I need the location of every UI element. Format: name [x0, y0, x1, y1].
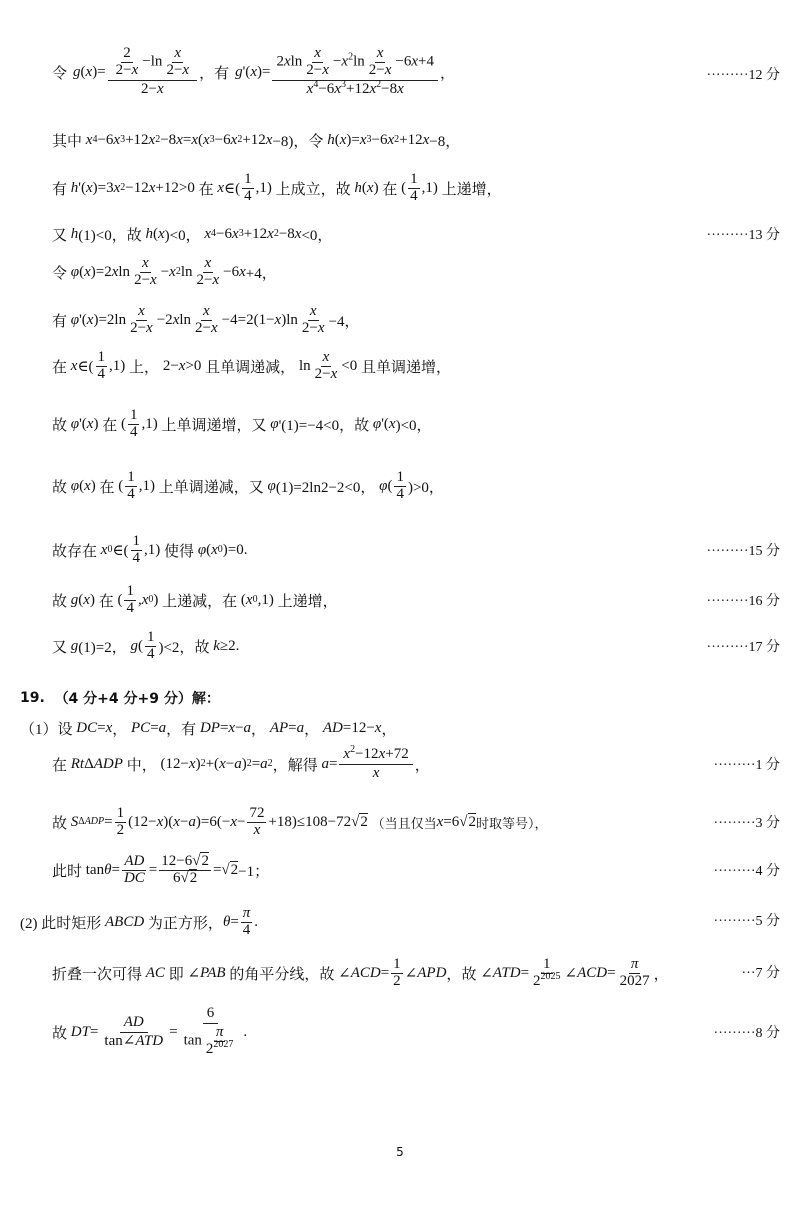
text-jpfx: 的角平分线，	[229, 963, 319, 984]
text-you2: 又	[251, 414, 266, 435]
text-zai: 在	[99, 590, 114, 611]
text-zai: 在	[382, 178, 397, 199]
text-gu: 故	[52, 476, 67, 497]
text-shang-ddz: 上单调递增，	[161, 414, 251, 435]
text-shang: 上，	[129, 356, 159, 377]
text-gu: 故	[354, 414, 369, 435]
solution-line-6: 有 φ'(x)=2lnx2−x−2xlnx2−x−4=2(1−x)lnx2−x−…	[0, 300, 800, 340]
text-zai: 在	[222, 590, 237, 611]
score-15: ·········15 分	[707, 540, 780, 560]
score-16: ·········16 分	[707, 590, 780, 610]
text-gu: 故	[52, 1022, 67, 1043]
solution-line-15: 在 RtΔADP 中， (12−x)2+(x−a)2=a2，解得 a=x2−12…	[0, 742, 800, 786]
text-shang-chengli: 上成立，	[276, 178, 336, 199]
text-zai: 在	[52, 356, 67, 377]
question-score-breakdown: （4 分+4 分+9 分）解：	[55, 688, 220, 708]
solution-line-2: 其中 x4−6x3+12x2−8x=x(x3−6x2+12x−8)，令 h(x)…	[0, 128, 800, 152]
text-gu: 故	[461, 963, 476, 984]
text-qie-dj: 且单调递减，	[205, 356, 295, 377]
text-ling: 令	[52, 262, 67, 283]
solution-line-1: 令 g(x)= 22−x−lnx2−x 2−x ，有 g'(x)= 2xlnx2…	[0, 44, 800, 100]
g-fraction: 22−x−lnx2−x 2−x	[108, 45, 197, 98]
text-gu: 故	[336, 178, 351, 199]
text-zai: 在	[52, 754, 67, 775]
text-shang-dizeng: 上递增，	[278, 590, 338, 611]
solution-line-14: （1）设 DC=x， PC=a，有 DP=x−a， AP=a， AD=12−x，	[0, 716, 800, 740]
text-zai: 在	[102, 414, 117, 435]
solution-line-3: 有 h'(x)=3x2−12x+12>0 在 x∈(14,1) 上成立，故 h(…	[0, 168, 800, 208]
text-ling: 令	[308, 130, 323, 151]
score-13: ·········13 分	[707, 224, 780, 244]
text-shide: 使得	[164, 540, 194, 561]
text-gu: 故	[194, 636, 209, 657]
text-part2: (2) 此时矩形	[20, 912, 101, 933]
text-cishi: 此时	[52, 860, 82, 881]
score-1: ·········1 分	[714, 754, 780, 774]
text-shang-ddj: 上单调递减，	[159, 476, 249, 497]
text-you: 有	[214, 62, 229, 83]
text-jiede: 解得	[288, 754, 318, 775]
solution-line-9: 故 φ(x) 在 (14,1) 上单调递减，又 φ(1)=2ln2−2<0， φ…	[0, 466, 800, 506]
score-5: ·········5 分	[714, 910, 780, 930]
text-gu: 故	[127, 224, 142, 245]
text-shang-dizeng: 上递增，	[442, 178, 502, 199]
text-zai: 在	[199, 178, 214, 199]
text-you: 有	[52, 310, 67, 331]
solution-line-12: 又 g(1)=2， g(14)<2，故 k≥2. ·········17 分	[0, 626, 800, 666]
text-gucunzai: 故存在	[52, 540, 97, 561]
solution-line-4: 又 h(1)<0，故 h(x)<0， x4−6x3+12x2−8x<0， ···…	[0, 222, 800, 246]
text-gu: 故	[52, 812, 67, 833]
solution-line-17: 此时 tanθ=ADDC=12−6√26√2=√2−1； ·········4 …	[0, 848, 800, 892]
page-number: 5	[0, 1145, 800, 1159]
solution-line-16: 故 SΔADP=12(12−x)(x−a)=6(−x−72x+18)≤108−7…	[0, 800, 800, 844]
solution-line-5: 令 φ(x)=2xlnx2−x−x2lnx2−x−6x+4，	[0, 252, 800, 292]
text-wei-zfx: 为正方形，	[148, 912, 223, 933]
question-19-header: 19. （4 分+4 分+9 分）解：	[0, 686, 800, 710]
text-gu: 故	[52, 590, 67, 611]
solution-line-10: 故存在 x0∈(14,1) 使得 φ(x0)=0. ·········15 分	[0, 530, 800, 570]
score-3: ·········3 分	[714, 812, 780, 832]
text-you: 有	[52, 178, 67, 199]
text-you2: 又	[249, 476, 264, 497]
solution-line-7: 在 x∈(14,1) 上， 2−x>0 且单调递减， lnx2−x<0 且单调递…	[0, 346, 800, 386]
text-shang-dijian: 上递减，	[162, 590, 222, 611]
text-shiqu: 时取等号），	[476, 813, 548, 832]
text-ji: 即	[169, 963, 184, 984]
score-17: ·········17 分	[707, 636, 780, 656]
score-7: ···7 分	[742, 962, 781, 982]
text-ling: 令	[52, 62, 67, 83]
question-number: 19.	[20, 690, 45, 706]
text-part1: （1）设	[20, 718, 73, 739]
text-you2: 又	[52, 636, 67, 657]
text-dangqie: （当且仅当	[372, 813, 437, 832]
solution-line-19: 折叠一次可得 AC 即 ∠PAB 的角平分线，故 ∠ACD=12∠APD，故 ∠…	[0, 948, 800, 998]
g-prime-fraction: 2xlnx2−x−x2lnx2−x−6x+4 x4−6x3+12x2−8x	[272, 45, 438, 98]
solution-line-8: 故 φ'(x) 在 (14,1) 上单调递增，又 φ'(1)=−4<0，故 φ'…	[0, 404, 800, 444]
score-8: ·········8 分	[714, 1022, 780, 1042]
text-gu: 故	[319, 963, 334, 984]
text-you: 有	[181, 718, 196, 739]
solution-line-18: (2) 此时矩形 ABCD 为正方形，θ=π4. ·········5 分	[0, 900, 800, 944]
text-zhong: 中，	[127, 754, 157, 775]
solution-line-20: 故 DT=ADtan∠ATD=6tanπ22027. ·········8 分	[0, 1004, 800, 1060]
text-gu: 故	[52, 414, 67, 435]
score-4: ·········4 分	[714, 860, 780, 880]
text-qizhong: 其中	[52, 130, 82, 151]
text-qie-dz: 且单调递增，	[361, 356, 451, 377]
text-zai: 在	[100, 476, 115, 497]
text-zhedie: 折叠一次可得	[52, 963, 142, 984]
score-12: ·········12 分	[707, 64, 780, 84]
text-you2: 又	[52, 224, 67, 245]
solution-line-11: 故 g(x) 在 (14,x0) 上递减，在 (x0,1) 上递增， ·····…	[0, 580, 800, 620]
